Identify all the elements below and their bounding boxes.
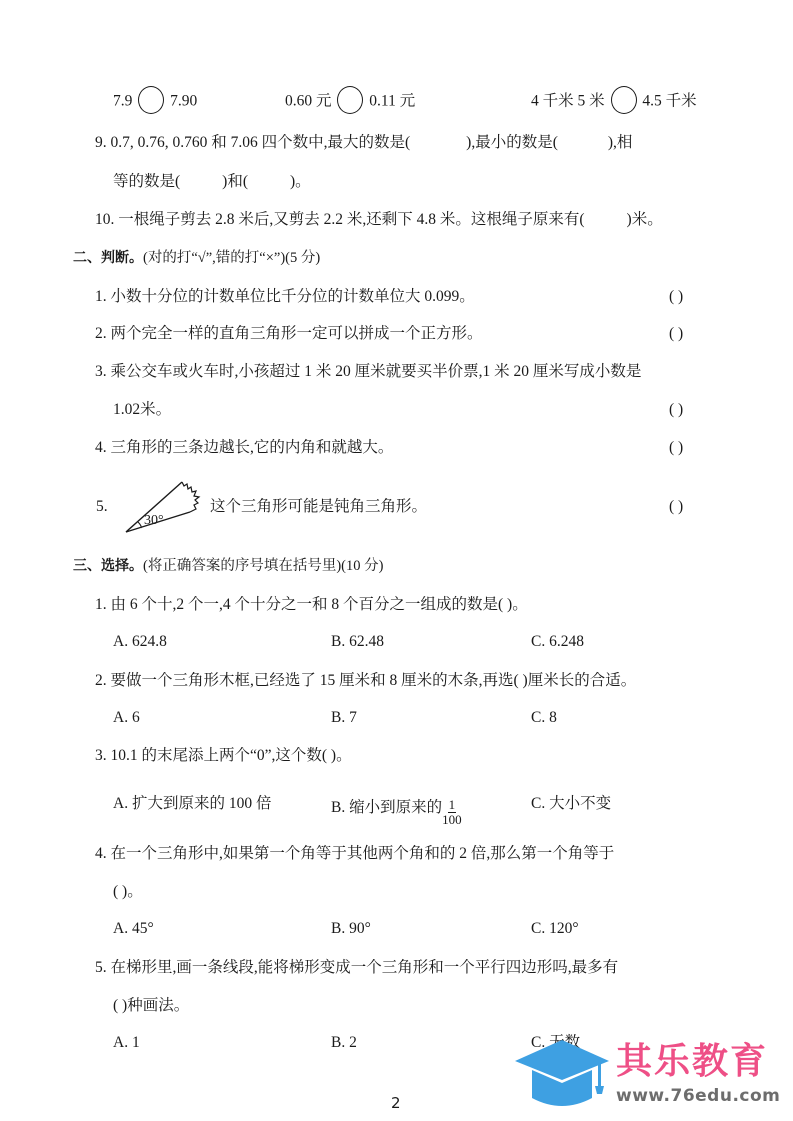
compare-circle-blank[interactable]: [138, 86, 164, 114]
question-text: 1.02米。: [113, 401, 171, 418]
section-title: 三、选择。: [73, 558, 143, 574]
option-a[interactable]: A. 6: [113, 708, 140, 728]
answer-paren[interactable]: ( ): [669, 497, 683, 517]
question-text: )。: [290, 173, 311, 190]
answer-paren[interactable]: ( ): [669, 400, 683, 420]
choice-question-5-cont: ( )种画法。: [113, 996, 189, 1016]
question-text: 3. 10.1 的末尾添上两个“0”,这个数( )。: [95, 747, 352, 764]
compare-circle-blank[interactable]: [611, 86, 637, 114]
judge-question-3: 3. 乘公交车或火车时,小孩超过 1 米 20 厘米就要买半价票,1 米 20 …: [95, 362, 641, 382]
option-c[interactable]: C. 大小不变: [531, 794, 611, 814]
choice-question-3: 3. 10.1 的末尾添上两个“0”,这个数( )。: [95, 746, 352, 766]
option-b[interactable]: B. 62.48: [331, 632, 384, 652]
question-text: 1. 小数十分位的计数单位比千分位的计数单位大 0.099。: [95, 288, 475, 305]
choice-question-5: 5. 在梯形里,画一条线段,能将梯形变成一个三角形和一个平行四边形吗,最多有: [95, 958, 618, 978]
compare-circle-blank[interactable]: [337, 86, 363, 114]
compare-left: 7.9: [113, 93, 132, 110]
compare-left: 4 千米 5 米: [531, 93, 605, 110]
graduation-cap-icon: [512, 1040, 612, 1112]
question-text: 4. 在一个三角形中,如果第一个角等于其他两个角和的 2 倍,那么第一个角等于: [95, 845, 614, 862]
fraction: 1100: [442, 798, 462, 827]
compare-item-2: 0.60 元 0.11 元: [285, 88, 415, 116]
question-text: )米。: [627, 211, 663, 228]
watermark-logo: 其乐教育 www.76edu.com: [512, 1040, 793, 1115]
compare-item-3: 4 千米 5 米 4.5 千米: [531, 88, 697, 116]
question-text: 这个三角形可能是钝角三角形。: [210, 498, 427, 515]
question-text: 3. 乘公交车或火车时,小孩超过 1 米 20 厘米就要买半价票,1 米 20 …: [95, 363, 641, 380]
judge-question-4: 4. 三角形的三条边越长,它的内角和就越大。: [95, 438, 393, 458]
answer-paren[interactable]: ( ): [669, 287, 683, 307]
question-text: 2. 两个完全一样的直角三角形一定可以拼成一个正方形。: [95, 325, 483, 342]
option-c[interactable]: C. 120°: [531, 919, 579, 939]
judge-question-5-number: 5.: [96, 497, 108, 517]
section-note: (将正确答案的序号填在括号里)(10 分): [143, 558, 383, 574]
option-text: B. 缩小到原来的: [331, 799, 442, 816]
judge-question-1: 1. 小数十分位的计数单位比千分位的计数单位大 0.099。: [95, 287, 475, 307]
brand-url: www.76edu.com: [616, 1086, 780, 1106]
question-text: ),相: [608, 134, 633, 151]
section-note: (对的打“√”,错的打“×”)(5 分): [143, 250, 320, 266]
question-text: ( )。: [113, 883, 143, 900]
option-b[interactable]: B. 7: [331, 708, 357, 728]
question-9-line-2: 等的数是()和()。: [113, 172, 311, 192]
brand-name: 其乐教育: [616, 1041, 768, 1083]
question-text: 2. 要做一个三角形木框,已经选了 15 厘米和 8 厘米的木条,再选( )厘米…: [95, 672, 636, 689]
question-10: 10. 一根绳子剪去 2.8 米后,又剪去 2.2 米,还剩下 4.8 米。这根…: [95, 210, 663, 230]
judge-question-2: 2. 两个完全一样的直角三角形一定可以拼成一个正方形。: [95, 324, 483, 344]
option-b[interactable]: B. 90°: [331, 919, 371, 939]
question-text: 9. 0.7, 0.76, 0.760 和 7.06 四个数中,最大的数是(: [95, 134, 410, 151]
option-b[interactable]: B. 缩小到原来的1100: [331, 794, 462, 823]
option-a[interactable]: A. 扩大到原来的 100 倍: [113, 794, 271, 814]
torn-triangle-figure: 30°: [124, 478, 204, 534]
compare-right: 0.11 元: [369, 93, 415, 110]
compare-right: 7.90: [170, 93, 197, 110]
option-a[interactable]: A. 1: [113, 1033, 140, 1053]
question-text: 4. 三角形的三条边越长,它的内角和就越大。: [95, 439, 393, 456]
question-text: 5. 在梯形里,画一条线段,能将梯形变成一个三角形和一个平行四边形吗,最多有: [95, 959, 618, 976]
question-text: )和(: [222, 173, 248, 190]
question-9-line-1: 9. 0.7, 0.76, 0.760 和 7.06 四个数中,最大的数是(),…: [95, 133, 632, 153]
option-b[interactable]: B. 2: [331, 1033, 357, 1053]
section-2-heading: 二、判断。(对的打“√”,错的打“×”)(5 分): [73, 248, 320, 268]
page-number: 2: [391, 1094, 401, 1112]
choice-question-1: 1. 由 6 个十,2 个一,4 个十分之一和 8 个百分之一组成的数是( )。: [95, 595, 528, 615]
option-c[interactable]: C. 8: [531, 708, 557, 728]
question-text: 1. 由 6 个十,2 个一,4 个十分之一和 8 个百分之一组成的数是( )。: [95, 596, 528, 613]
compare-left: 0.60 元: [285, 93, 332, 110]
fraction-numerator: 1: [448, 798, 457, 813]
question-text: ( )种画法。: [113, 997, 189, 1014]
option-a[interactable]: A. 45°: [113, 919, 154, 939]
section-title: 二、判断。: [73, 250, 143, 266]
question-number: 5.: [96, 498, 108, 515]
option-a[interactable]: A. 624.8: [113, 632, 167, 652]
compare-item-1: 7.9 7.90: [113, 88, 197, 116]
question-text: ),最小的数是(: [466, 134, 558, 151]
fraction-denominator: 100: [442, 813, 462, 827]
compare-right: 4.5 千米: [642, 93, 696, 110]
triangle-30-degree-icon: 30°: [124, 478, 204, 534]
choice-question-4-cont: ( )。: [113, 882, 143, 902]
judge-question-5: 这个三角形可能是钝角三角形。: [210, 497, 427, 517]
svg-text:30°: 30°: [144, 513, 164, 528]
section-3-heading: 三、选择。(将正确答案的序号填在括号里)(10 分): [73, 556, 383, 576]
judge-question-3-cont: 1.02米。: [113, 400, 171, 420]
answer-paren[interactable]: ( ): [669, 324, 683, 344]
answer-paren[interactable]: ( ): [669, 438, 683, 458]
choice-question-2: 2. 要做一个三角形木框,已经选了 15 厘米和 8 厘米的木条,再选( )厘米…: [95, 671, 636, 691]
option-c[interactable]: C. 6.248: [531, 632, 584, 652]
question-text: 10. 一根绳子剪去 2.8 米后,又剪去 2.2 米,还剩下 4.8 米。这根…: [95, 211, 585, 228]
choice-question-4: 4. 在一个三角形中,如果第一个角等于其他两个角和的 2 倍,那么第一个角等于: [95, 844, 614, 864]
question-text: 等的数是(: [113, 173, 180, 190]
